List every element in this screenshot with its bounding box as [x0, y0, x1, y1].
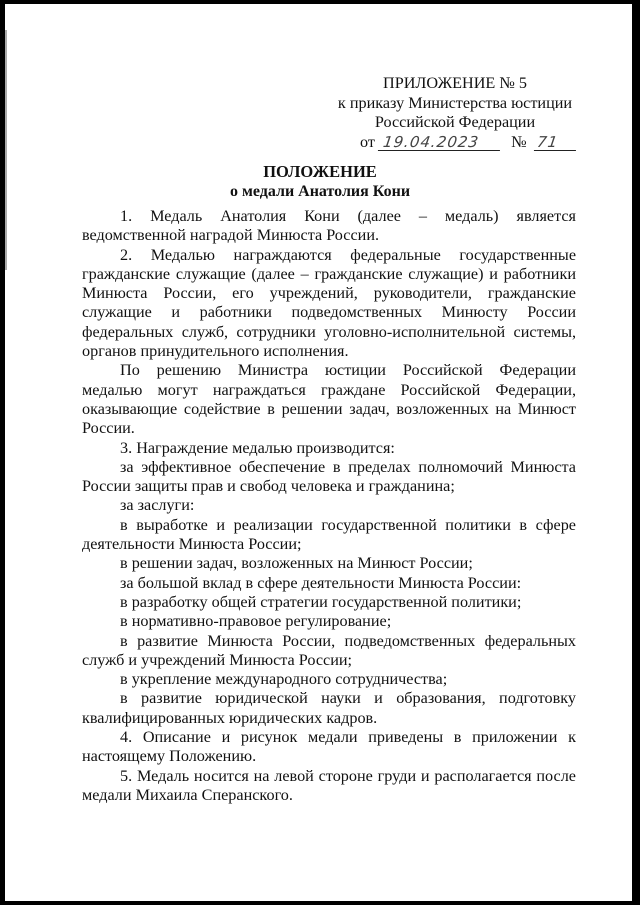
paragraph-3-item: в разработку общей стратегии государстве…: [82, 593, 576, 612]
appendix-label: ПРИЛОЖЕНИЕ № 5: [330, 74, 580, 94]
paragraph-3-contribution: за большой вклад в сфере деятельности Ми…: [82, 574, 576, 593]
order-reference-cont: Российской Федерации: [330, 113, 580, 133]
paragraph-3: 3. Награждение медалью производится:: [82, 439, 576, 458]
paragraph-3-item: за эффективное обеспечение в пределах по…: [82, 458, 576, 497]
order-reference: к приказу Министерства юстиции: [330, 94, 580, 114]
scan-border-bottom: [0, 901, 640, 905]
paragraph-3-item: в укрепление международного сотрудничест…: [82, 670, 576, 689]
paragraph-3-item: в выработке и реализации государственной…: [82, 516, 576, 555]
paragraph-4: 4. Описание и рисунок медали приведены в…: [82, 728, 576, 767]
appendix-header: ПРИЛОЖЕНИЕ № 5 к приказу Министерства юс…: [330, 74, 580, 152]
paragraph-2: 2. Медалью награждаются федеральные госу…: [82, 246, 576, 362]
document-title: ПОЛОЖЕНИЕ: [0, 161, 640, 183]
scan-artifact: [5, 30, 7, 270]
paragraph-1: 1. Медаль Анатолия Кони (далее – медаль)…: [82, 207, 576, 246]
paragraph-3-item: в решении задач, возложенных на Минюст Р…: [82, 554, 576, 573]
paragraph-2-citizens: По решению Министра юстиции Российской Ф…: [82, 361, 576, 438]
document-body: 1. Медаль Анатолия Кони (далее – медаль)…: [82, 207, 576, 805]
paragraph-5: 5. Медаль носится на левой стороне груди…: [82, 767, 576, 806]
scan-border-top: [0, 0, 640, 4]
handwritten-date: 19.04.2023: [378, 135, 502, 151]
handwritten-number: 71: [533, 135, 577, 151]
paragraph-3-item: в развитие юридической науки и образован…: [82, 689, 576, 728]
document-subtitle: о медали Анатолия Кони: [0, 181, 640, 203]
number-sign: №: [511, 133, 526, 151]
order-date-number: от 19.04.2023 № 71: [330, 133, 580, 153]
paragraph-3-merits: за заслуги:: [82, 496, 576, 515]
paragraph-3-item: в развитие Минюста России, подведомствен…: [82, 632, 576, 671]
scan-border-right: [632, 0, 640, 905]
paragraph-3-item: в нормативно-правовое регулирование;: [82, 612, 576, 631]
date-prefix: от: [360, 133, 375, 151]
